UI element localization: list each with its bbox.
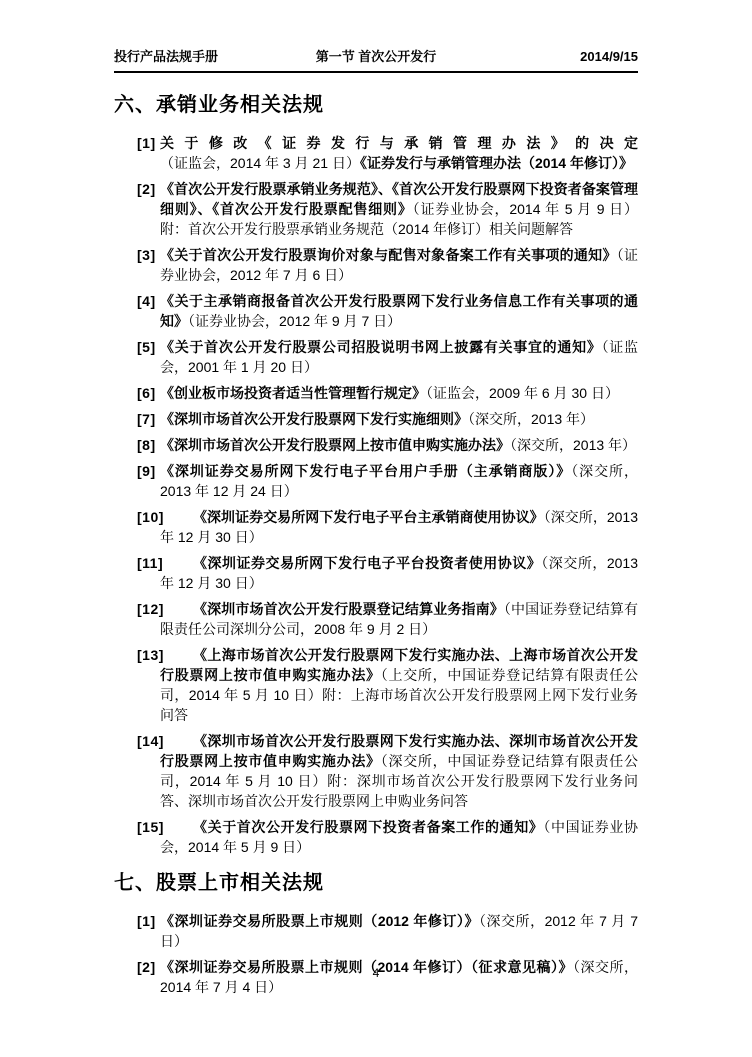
list-item: [6]《创业板市场投资者适当性管理暂行规定》（证监会，2009 年 6 月 30… (114, 383, 638, 403)
item-text: 关于修改《证券发行与承销管理办法》的决定（证监会，2014 年 3 月 21 日… (160, 133, 638, 173)
list-item: [15]《关于首次公开发行股票网下投资者备案工作的通知》（中国证券业协会，201… (114, 817, 638, 857)
item-text: 《关于首次公开发行股票网下投资者备案工作的通知》（中国证券业协会，2014 年 … (160, 817, 638, 857)
list-item: [14]《深圳市场首次公开发行股票网下发行实施办法、深圳市场首次公开发行股票网上… (114, 731, 638, 811)
list-item: [7]《深圳市场首次公开发行股票网下发行实施细则》（深交所，2013 年） (114, 409, 638, 429)
document-body: 六、承销业务相关法规[1]关于修改《证券发行与承销管理办法》的决定（证监会，20… (114, 93, 638, 1003)
section-title: 七、股票上市相关法规 (114, 871, 638, 895)
list-item: [11]《深圳证券交易所网下发行电子平台投资者使用协议》（深交所，2013 年 … (114, 553, 638, 593)
item-text: 《深圳市场首次公开发行股票登记结算业务指南》（中国证券登记结算有限责任公司深圳分… (160, 599, 638, 639)
item-number: [8] (137, 435, 156, 455)
list-item: [8]《深圳市场首次公开发行股票网上按市值申购实施办法》（深交所，2013 年） (114, 435, 638, 455)
section-title: 六、承销业务相关法规 (114, 93, 638, 117)
item-number: [14] (137, 731, 164, 751)
list-item: [2]《首次公开发行股票承销业务规范》、《首次公开发行股票网下投资者备案管理细则… (114, 179, 638, 239)
item-text: 《深圳证券交易所网下发行电子平台主承销商使用协议》（深交所，2013 年 12 … (160, 507, 638, 547)
item-text: 《深圳证券交易所网下发行电子平台用户手册（主承销商版）》（深交所，2013 年 … (160, 461, 638, 501)
list-item: [1]《深圳证券交易所股票上市规则（2012 年修订）》（深交所，2012 年 … (114, 911, 638, 951)
item-number: [9] (137, 461, 156, 481)
item-number: [1] (137, 133, 156, 153)
header-left-text: 投行产品法规手册 (114, 46, 274, 65)
item-text: 《上海市场首次公开发行股票网下发行实施办法、上海市场首次公开发行股票网上按市值申… (160, 645, 638, 725)
item-number: [4] (137, 291, 156, 311)
item-number: [11] (137, 553, 163, 573)
list-item: [1]关于修改《证券发行与承销管理办法》的决定（证监会，2014 年 3 月 2… (114, 133, 638, 173)
item-number: [2] (137, 179, 156, 199)
item-text: 《深圳市场首次公开发行股票网下发行实施办法、深圳市场首次公开发行股票网上按市值申… (160, 731, 638, 811)
header-date: 2014/9/15 (478, 49, 638, 64)
item-number: [13] (137, 645, 164, 665)
header-center-text: 第一节 首次公开发行 (274, 46, 478, 65)
list-item: [12]《深圳市场首次公开发行股票登记结算业务指南》（中国证券登记结算有限责任公… (114, 599, 638, 639)
item-number: [15] (137, 817, 164, 837)
item-text: 《关于主承销商报备首次公开发行股票网下发行业务信息工作有关事项的通知》（证券业协… (160, 291, 638, 331)
item-text: 《关于首次公开发行股票公司招股说明书网上披露有关事宜的通知》（证监会，2001 … (160, 337, 638, 377)
item-number: [10] (137, 507, 164, 527)
list-item: [9]《深圳证券交易所网下发行电子平台用户手册（主承销商版）》（深交所，2013… (114, 461, 638, 501)
list-item: [4]《关于主承销商报备首次公开发行股票网下发行业务信息工作有关事项的通知》（证… (114, 291, 638, 331)
item-text: 《关于首次公开发行股票询价对象与配售对象备案工作有关事项的通知》（证券业协会，2… (160, 245, 638, 285)
list-item: [10]《深圳证券交易所网下发行电子平台主承销商使用协议》（深交所，2013 年… (114, 507, 638, 547)
list-item: [5]《关于首次公开发行股票公司招股说明书网上披露有关事宜的通知》（证监会，20… (114, 337, 638, 377)
item-text: 《深圳市场首次公开发行股票网上按市值申购实施办法》（深交所，2013 年） (160, 435, 638, 455)
item-number: [5] (137, 337, 156, 357)
item-number: [3] (137, 245, 156, 265)
item-number: [1] (137, 911, 156, 931)
item-text: 《首次公开发行股票承销业务规范》、《首次公开发行股票网下投资者备案管理细则》、《… (160, 179, 638, 239)
item-number: [7] (137, 409, 156, 429)
page-header: 投行产品法规手册 第一节 首次公开发行 2014/9/15 (114, 46, 638, 73)
item-text: 《深圳证券交易所股票上市规则（2012 年修订）》（深交所，2012 年 7 月… (160, 911, 638, 951)
item-number: [6] (137, 383, 156, 403)
item-text: 《深圳市场首次公开发行股票网下发行实施细则》（深交所，2013 年） (160, 409, 638, 429)
page-footer: 4 (0, 966, 752, 980)
item-text: 《创业板市场投资者适当性管理暂行规定》（证监会，2009 年 6 月 30 日） (160, 383, 638, 403)
item-number: [12] (137, 599, 164, 619)
page-number: 4 (373, 966, 380, 980)
list-item: [13]《上海市场首次公开发行股票网下发行实施办法、上海市场首次公开发行股票网上… (114, 645, 638, 725)
list-item: [3]《关于首次公开发行股票询价对象与配售对象备案工作有关事项的通知》（证券业协… (114, 245, 638, 285)
item-text: 《深圳证券交易所网下发行电子平台投资者使用协议》（深交所，2013 年 12 月… (160, 553, 638, 593)
